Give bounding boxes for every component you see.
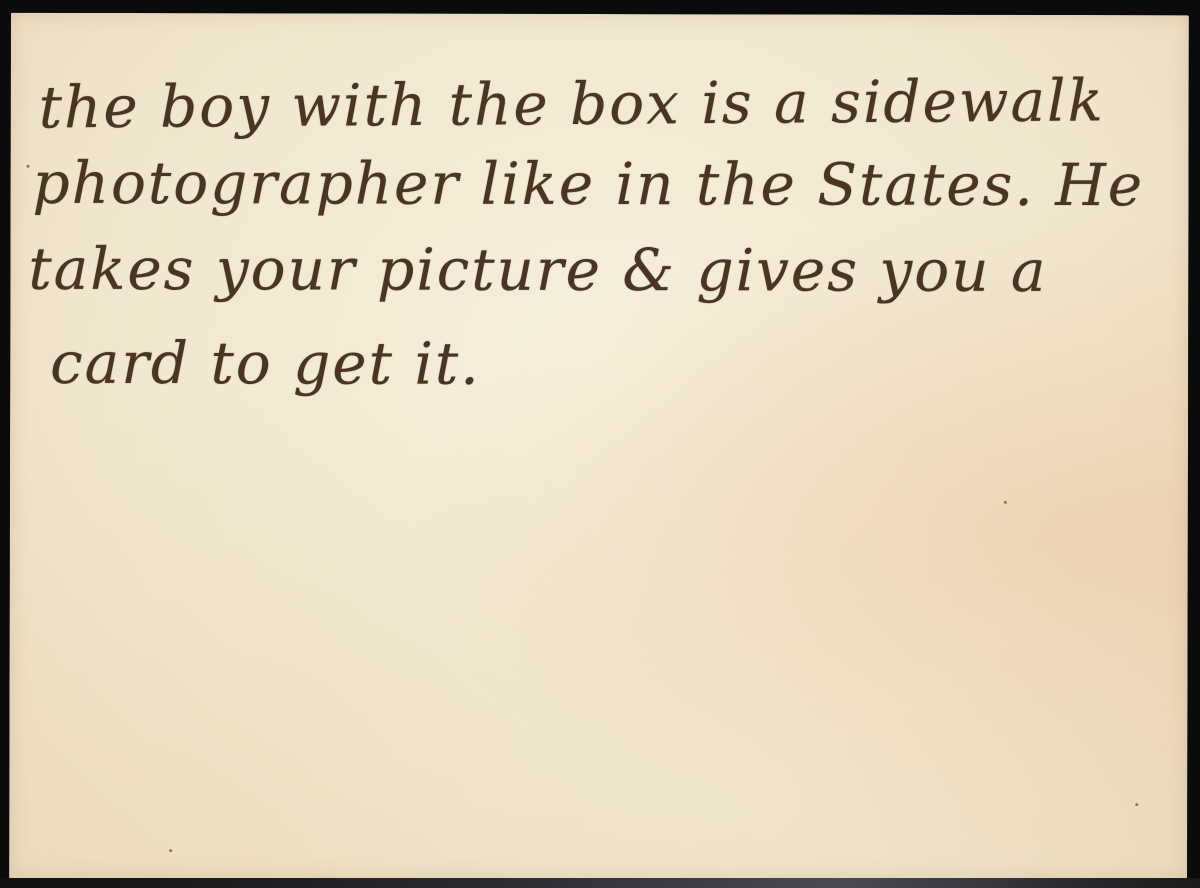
scan-background: the boy with the box is a sidewalk photo… xyxy=(0,0,1200,888)
paper-speck xyxy=(1135,803,1138,806)
paper-speck xyxy=(27,165,30,168)
note-line-4: card to get it. xyxy=(50,329,481,398)
scanner-edge xyxy=(0,878,1200,888)
note-line-3: takes your picture & gives you a xyxy=(28,235,1047,305)
note-line-2: photographer like in the States. He xyxy=(32,149,1144,219)
note-line-1: the boy with the box is a sidewalk xyxy=(39,66,1105,141)
handwritten-note: the boy with the box is a sidewalk photo… xyxy=(9,13,1189,881)
photo-card-back: the boy with the box is a sidewalk photo… xyxy=(9,13,1189,881)
paper-speck xyxy=(169,849,172,852)
paper-speck xyxy=(1004,501,1007,504)
